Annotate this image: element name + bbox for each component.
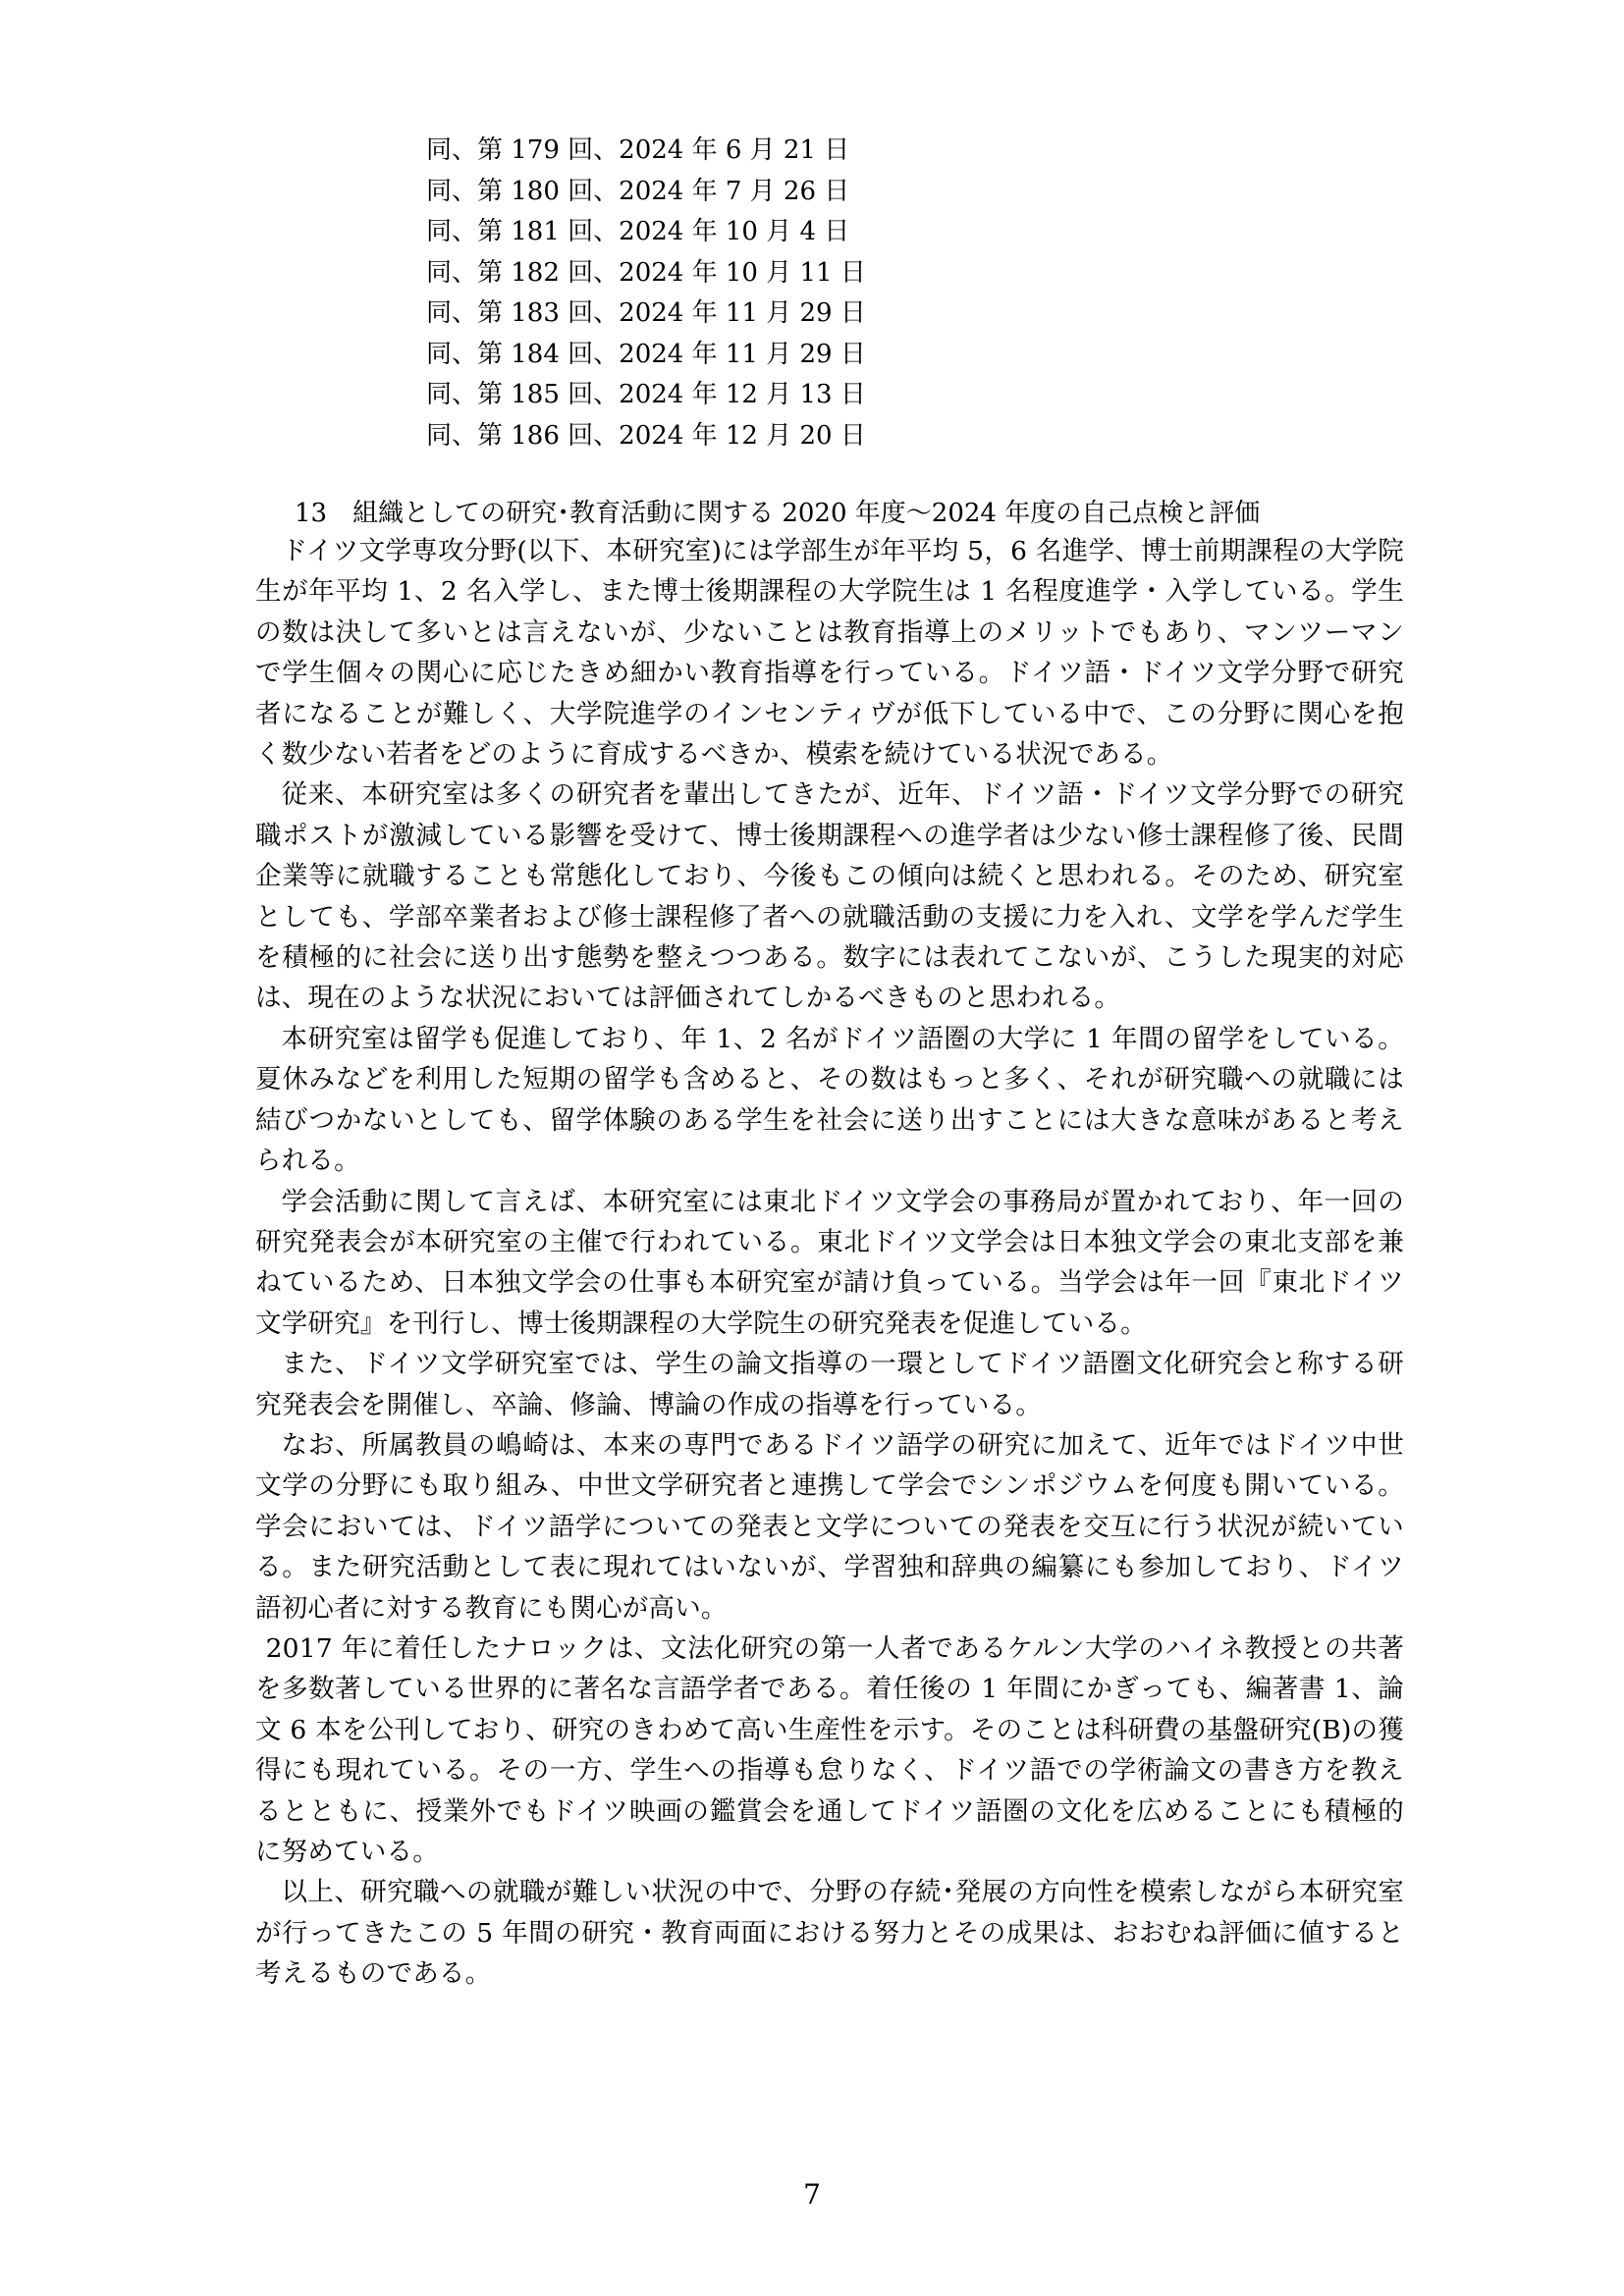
meeting-list-item: 同、第 186 回、2024 年 12 月 20 日 bbox=[426, 416, 866, 457]
section-body: ドイツ文学専攻分野(以下、本研究室)には学部生が年平均 5，6 名進学、博士前期… bbox=[255, 531, 1404, 1995]
meeting-list-item: 同、第 181 回、2024 年 10 月 4 日 bbox=[426, 212, 866, 253]
paragraph: 本研究室は留学も促進しており、年 1、2 名がドイツ語圏の大学に 1 年間の留学… bbox=[255, 1019, 1404, 1182]
meeting-list-item: 同、第 184 回、2024 年 11 月 29 日 bbox=[426, 335, 866, 376]
paragraph: 2017 年に着任したナロックは、文法化研究の第一人者であるケルン大学のハイネ教… bbox=[255, 1629, 1404, 1872]
paragraph: 以上、研究職への就職が難しい状況の中で、分野の存続･発展の方向性を模索しながら本… bbox=[255, 1872, 1404, 1994]
section-heading: 13 組織としての研究･教育活動に関する 2020 年度～2024 年度の自己点… bbox=[295, 496, 1260, 531]
meeting-list-item: 同、第 183 回、2024 年 11 月 29 日 bbox=[426, 294, 866, 335]
paragraph: ドイツ文学専攻分野(以下、本研究室)には学部生が年平均 5，6 名進学、博士前期… bbox=[255, 531, 1404, 774]
paragraph: また、ドイツ文学研究室では、学生の論文指導の一環としてドイツ語圏文化研究会と称す… bbox=[255, 1344, 1404, 1425]
paragraph: なお、所属教員の嶋崎は、本来の専門であるドイツ語学の研究に加えて、近年ではドイツ… bbox=[255, 1425, 1404, 1629]
page-number: 7 bbox=[0, 2177, 1624, 2213]
document-page: 同、第 179 回、2024 年 6 月 21 日 同、第 180 回、2024… bbox=[0, 0, 1624, 2296]
meeting-list: 同、第 179 回、2024 年 6 月 21 日 同、第 180 回、2024… bbox=[426, 131, 866, 456]
meeting-list-item: 同、第 182 回、2024 年 10 月 11 日 bbox=[426, 253, 866, 294]
meeting-list-item: 同、第 180 回、2024 年 7 月 26 日 bbox=[426, 172, 866, 213]
meeting-list-item: 同、第 179 回、2024 年 6 月 21 日 bbox=[426, 131, 866, 172]
meeting-list-item: 同、第 185 回、2024 年 12 月 13 日 bbox=[426, 375, 866, 416]
paragraph: 学会活動に関して言えば、本研究室には東北ドイツ文学会の事務局が置かれており、年一… bbox=[255, 1182, 1404, 1345]
paragraph: 従来、本研究室は多くの研究者を輩出してきたが、近年、ドイツ語・ドイツ文学分野での… bbox=[255, 774, 1404, 1018]
